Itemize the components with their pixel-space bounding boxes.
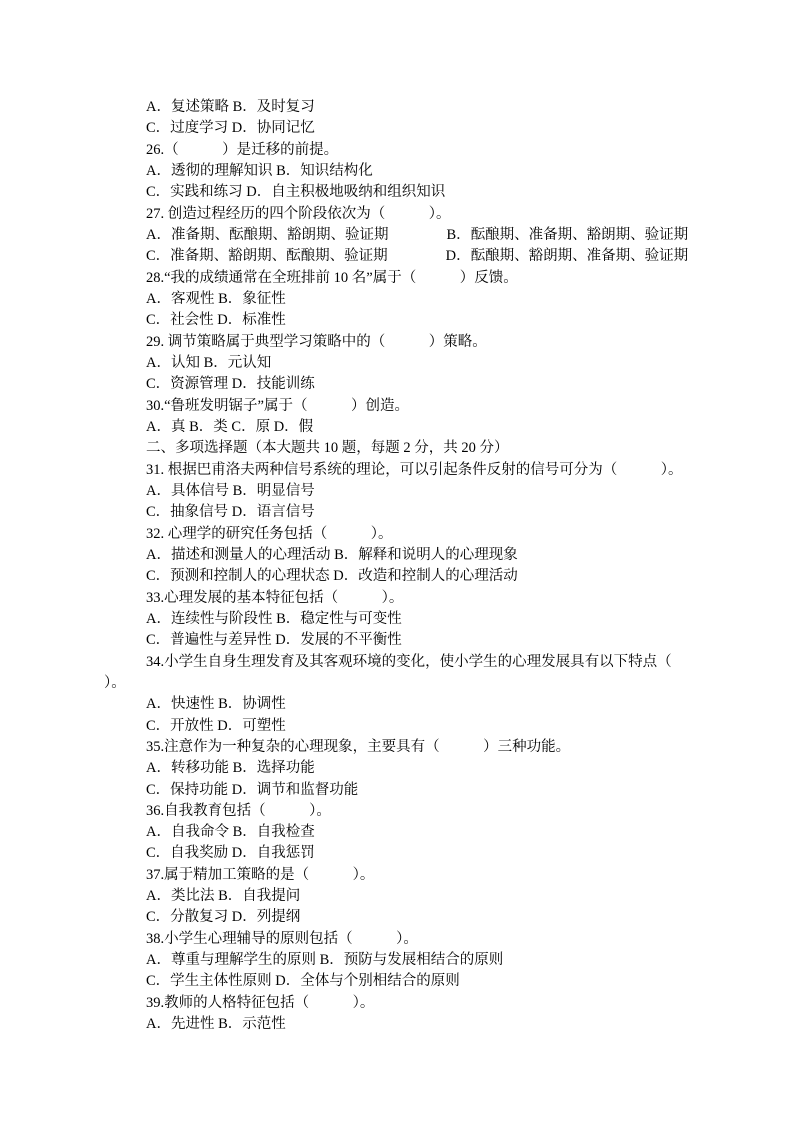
text-line: 28.“我的成绩通常在全班排前 10 名”属于（ ）反馈。: [104, 268, 776, 289]
text-line: C．准备期、豁朗期、酝酿期、验证期 D．酝酿期、豁朗期、准备期、验证期: [104, 246, 776, 267]
text-line: C．抽象信号 D．语言信号: [104, 502, 776, 523]
text-line: 39.教师的人格特征包括（ ）。: [104, 993, 776, 1014]
text-line: A．连续性与阶段性 B．稳定性与可变性: [104, 609, 776, 630]
text-line: 36.自我教育包括（ ）。: [104, 801, 776, 822]
text-line: 35.注意作为一种复杂的心理现象，主要具有（ ）三种功能。: [104, 737, 776, 758]
text-line: 33.心理发展的基本特征包括（ ）。: [104, 588, 776, 609]
text-line: C．预测和控制人的心理状态 D．改造和控制人的心理活动: [104, 566, 776, 587]
text-line: A．客观性 B．象征性: [104, 289, 776, 310]
text-line: 30.“鲁班发明锯子”属于（ ）创造。: [104, 396, 776, 417]
text-line: C．普遍性与差异性 D．发展的不平衡性: [104, 630, 776, 651]
text-line: A．描述和测量人的心理活动 B．解释和说明人的心理现象: [104, 545, 776, 566]
text-line: A．真 B．类 C．原 D．假: [104, 417, 776, 438]
text-line: C．资源管理 D．技能训练: [104, 374, 776, 395]
text-line: A．复述策略 B．及时复习: [104, 97, 776, 118]
text-line: C．实践和练习 D．自主积极地吸纳和组织知识: [104, 182, 776, 203]
text-line: A．类比法 B．自我提问: [104, 886, 776, 907]
text-line: 32. 心理学的研究任务包括（ ）。: [104, 524, 776, 545]
text-line: 31. 根据巴甫洛夫两种信号系统的理论，可以引起条件反射的信号可分为（ ）。: [104, 460, 776, 481]
text-line: A．准备期、酝酿期、豁朗期、验证期 B．酝酿期、准备期、豁朗期、验证期: [104, 225, 776, 246]
exam-document-page: A．复述策略 B．及时复习C．过度学习 D．协同记忆26.（ ）是迁移的前提。A…: [0, 0, 794, 1123]
text-line: A．快速性 B．协调性: [104, 694, 776, 715]
text-line: 29. 调节策略属于典型学习策略中的（ ）策略。: [104, 332, 776, 353]
text-line: 37.属于精加工策略的是（ ）。: [104, 865, 776, 886]
text-line: C．保持功能 D．调节和监督功能: [104, 780, 776, 801]
text-line: 26.（ ）是迁移的前提。: [104, 140, 776, 161]
text-line: 27. 创造过程经历的四个阶段依次为（ ）。: [104, 204, 776, 225]
text-line: 二、多项选择题（本大题共 10 题，每题 2 分，共 20 分）: [104, 438, 776, 459]
text-line: C．过度学习 D．协同记忆: [104, 118, 776, 139]
text-line: C．社会性 D．标准性: [104, 310, 776, 331]
text-line: 38.小学生心理辅导的原则包括（ ）。: [104, 929, 776, 950]
text-line: A．具体信号 B．明显信号: [104, 481, 776, 502]
text-line: A．转移功能 B．选择功能: [104, 758, 776, 779]
text-line: C．分散复习 D．列提纲: [104, 907, 776, 928]
text-line: 34.小学生自身生理发育及其客观环境的变化，使小学生的心理发展具有以下特点（: [104, 652, 776, 673]
text-line: C．学生主体性原则 D．全体与个别相结合的原则: [104, 971, 776, 992]
exam-text-block: A．复述策略 B．及时复习C．过度学习 D．协同记忆26.（ ）是迁移的前提。A…: [104, 97, 776, 1035]
text-line: ）。: [104, 673, 776, 694]
text-line: A．认知 B．元认知: [104, 353, 776, 374]
text-line: A．尊重与理解学生的原则 B．预防与发展相结合的原则: [104, 950, 776, 971]
text-line: C．自我奖励 D．自我惩罚: [104, 843, 776, 864]
text-line: A．先进性 B．示范性: [104, 1014, 776, 1035]
text-line: A．透彻的理解知识 B．知识结构化: [104, 161, 776, 182]
text-line: C．开放性 D．可塑性: [104, 716, 776, 737]
text-line: A．自我命令 B．自我检查: [104, 822, 776, 843]
